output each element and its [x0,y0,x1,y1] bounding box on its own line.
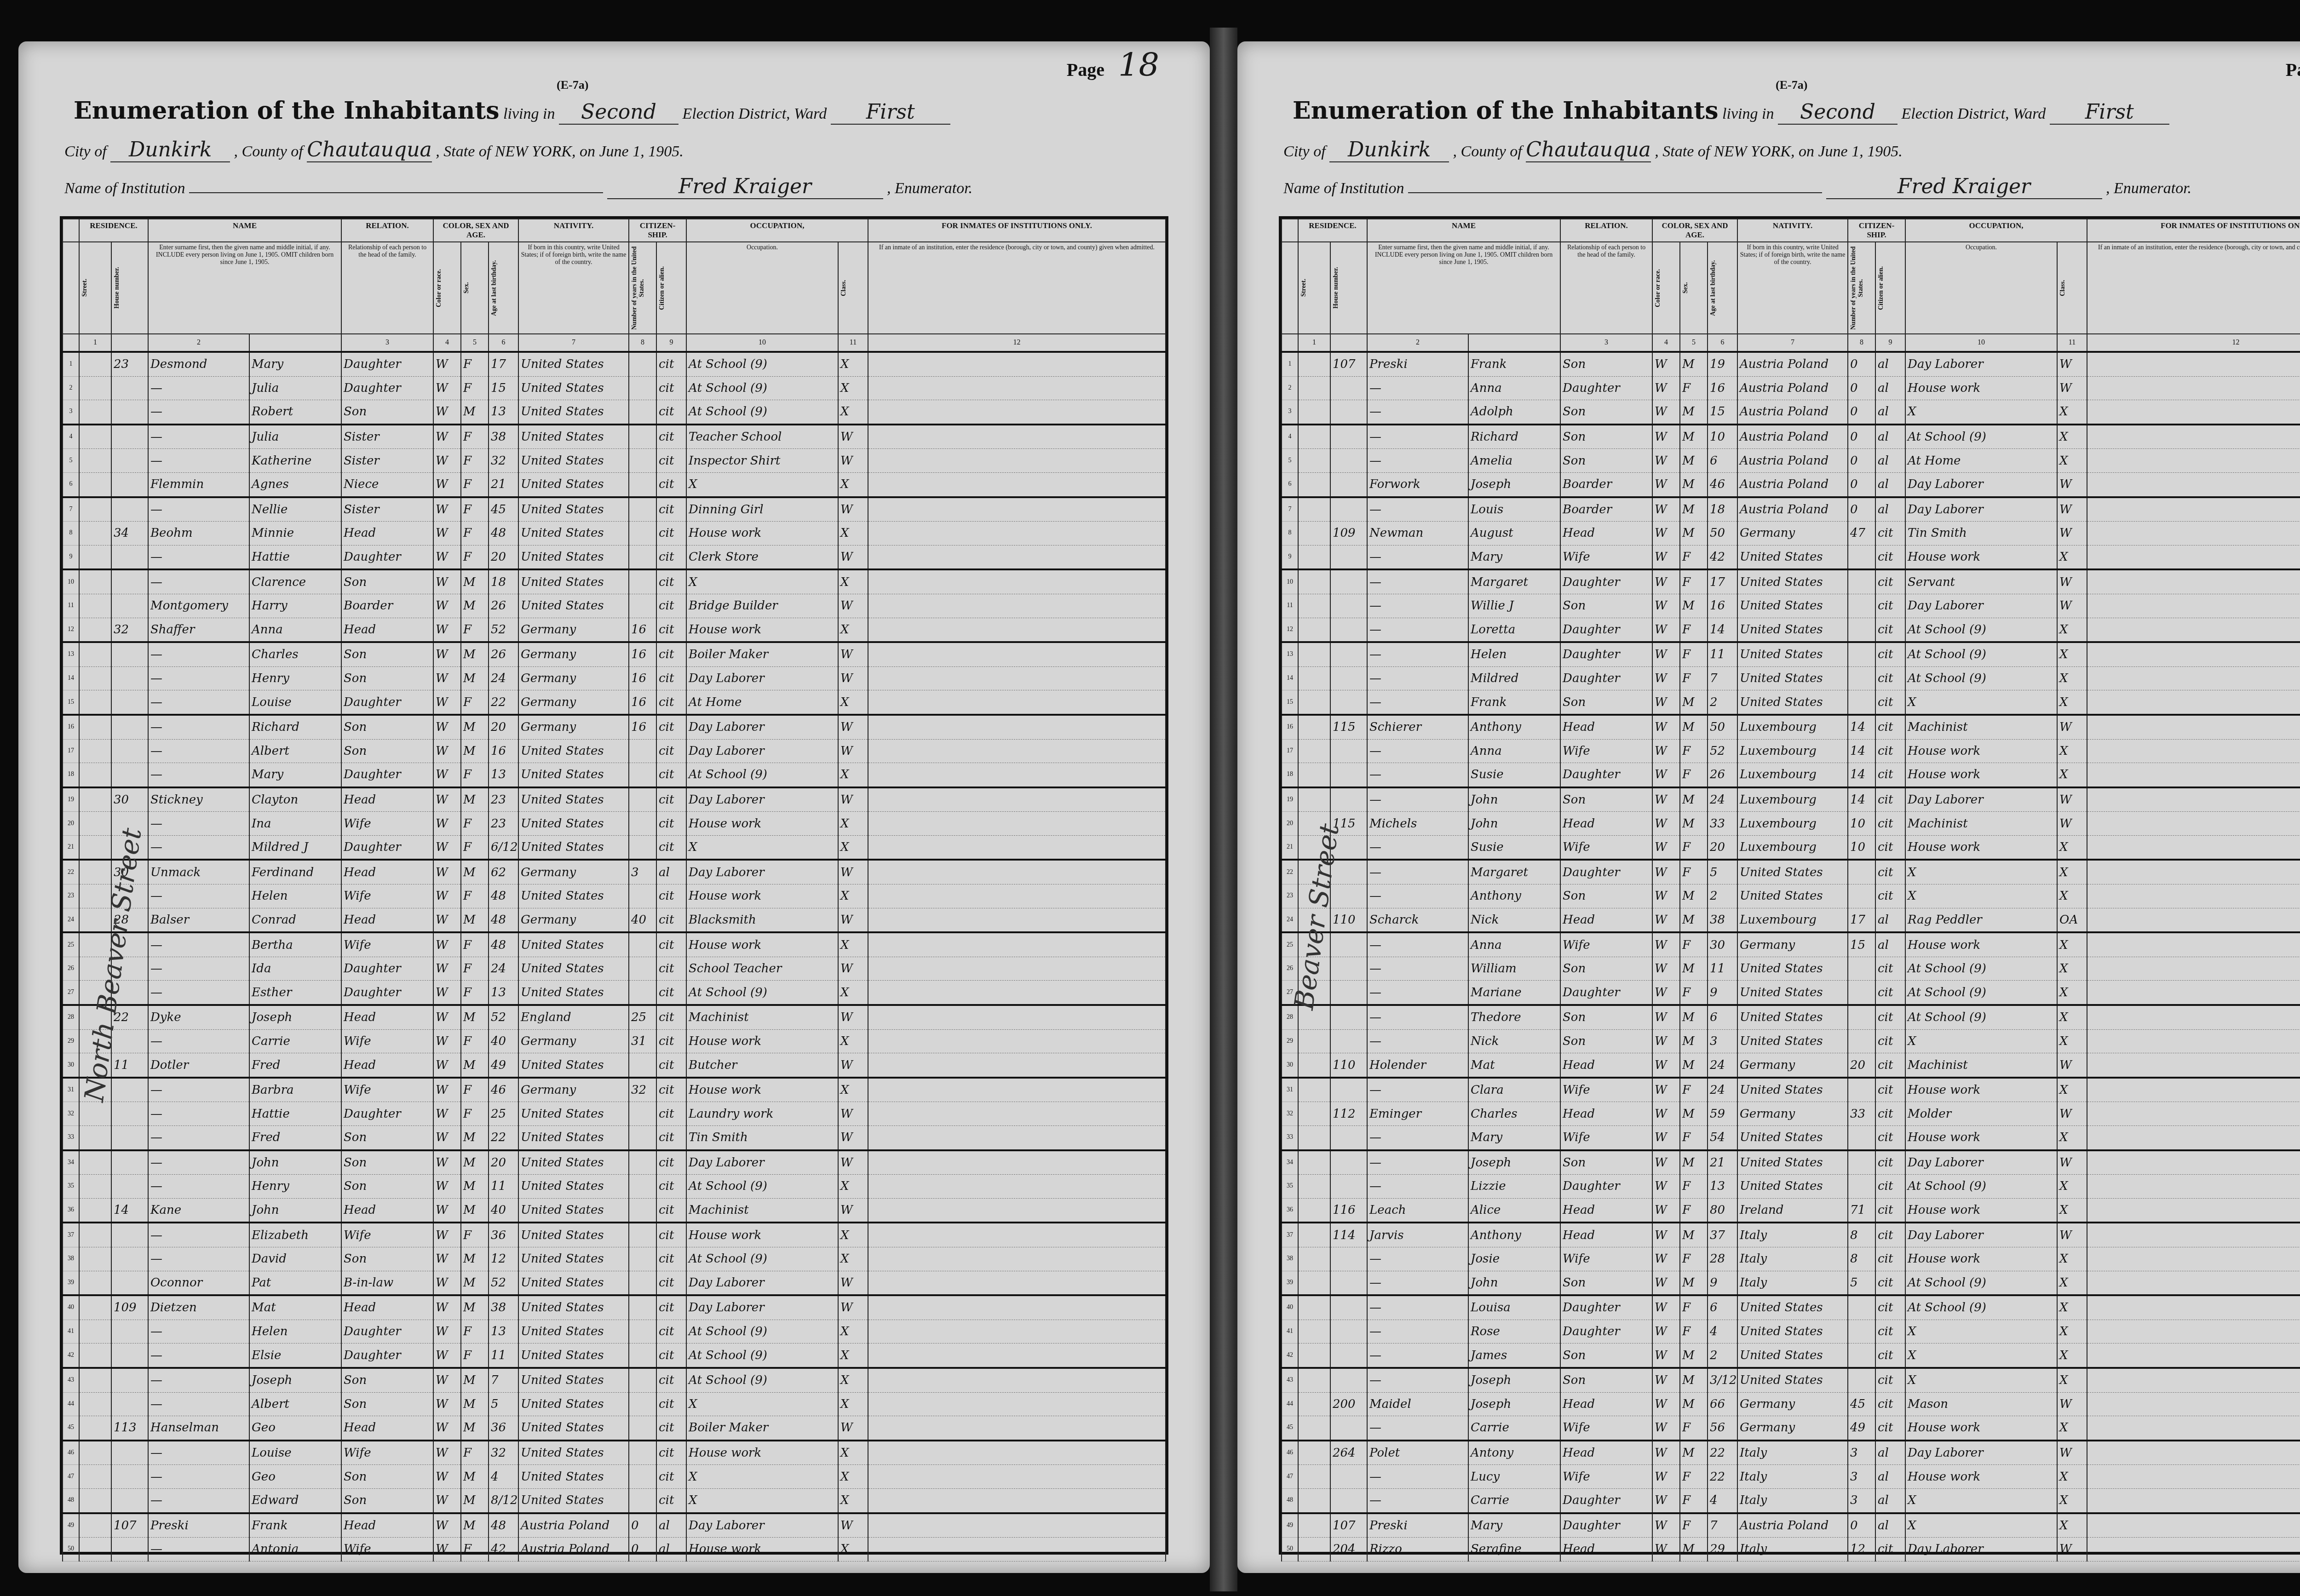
column-number: 3 [341,334,433,352]
sex-cell: F [461,425,489,449]
age-cell: 38 [1708,908,1737,932]
years-in-us-cell [629,545,656,569]
surname-cell: Preski [148,1513,249,1538]
nativity-cell: Germany [518,908,629,932]
relation-cell: Daughter [341,376,433,400]
house-number-cell [1330,690,1367,715]
age-cell: 9 [1708,981,1737,1005]
years-in-us-cell [1848,1029,1875,1053]
nativity-cell: United States [1737,545,1848,569]
class-header: Class. [838,242,868,334]
class-cell: X [2057,1488,2087,1513]
color-cell: W [433,1320,461,1343]
surname-cell: — [1367,400,1468,425]
column-number: 6 [489,334,518,352]
nativity-cell: United States [518,1175,629,1199]
institution-residence-cell [868,1053,1166,1078]
class-cell: W [2057,1392,2087,1416]
citizen-alien-cell: cit [1875,763,1905,787]
page-title: Enumeration of the Inhabitants living in… [74,97,1159,125]
class-cell: X [2057,1465,2087,1489]
surname-cell: Oconnor [148,1271,249,1295]
color-cell: W [433,472,461,497]
given-name-cell: Susie [1468,835,1560,860]
surname-cell: Newman [1367,522,1468,545]
citizen-alien-cell: cit [656,1271,686,1295]
age-cell: 21 [489,472,518,497]
nativity-cell: Germany [1737,932,1848,957]
citizen-alien-cell: cit [1875,787,1905,812]
name-header: NAME [148,219,341,242]
nativity-cell: Germany [1737,1392,1848,1416]
given-name-cell: Robert [249,400,341,425]
line-number: 39 [63,1271,79,1295]
nativity-cell: United States [518,957,629,981]
occupation-cell: At School (9) [1905,666,2057,690]
institution-residence-cell [2087,497,2300,522]
table-row: 9—MaryWifeWF42United StatescitHouse work… [1282,545,2300,569]
sex-cell: F [461,1078,489,1102]
occupation-cell: At School (9) [686,352,838,376]
nativity-cell: United States [1737,1150,1848,1175]
years-in-us-cell [1848,666,1875,690]
given-name-cell: John [1468,787,1560,812]
relation-cell: Daughter [1560,1488,1652,1513]
relation-desc: Relationship of each person to the head … [341,242,433,334]
table-row: 10—ClarenceSonWM18United StatescitXX [63,569,1166,594]
street-cell [1298,1126,1330,1150]
color-cell: W [433,1150,461,1175]
nativity-cell: United States [518,425,629,449]
inmates-header: FOR INMATES OF INSTITUTIONS ONLY. [2087,219,2300,242]
relation-cell: Head [341,1295,433,1320]
given-name-cell: Katherine [249,449,341,473]
table-row: 46—LouiseWifeWF32United StatescitHouse w… [63,1441,1166,1465]
table-row: 10—MargaretDaughterWF17United StatescitS… [1282,569,2300,594]
nativity-cell: Luxembourg [1737,787,1848,812]
institution-residence-cell [868,425,1166,449]
years-in-us-cell: 15 [1848,932,1875,957]
sex-cell: F [461,376,489,400]
relation-cell: Son [1560,1150,1652,1175]
line-number: 49 [1282,1513,1298,1538]
column-number: 11 [2057,334,2087,352]
nativity-cell: United States [518,812,629,836]
street-cell [1298,400,1330,425]
class-cell: X [2057,449,2087,473]
sex-cell: M [461,715,489,739]
age-cell: 13 [489,400,518,425]
relation-header: RELATION. [1560,219,1652,242]
institution-residence-cell [2087,884,2300,908]
street-cell [1298,1198,1330,1223]
citizen-alien-cell: cit [1875,1053,1905,1078]
citizen-alien-cell: cit [656,1343,686,1368]
given-name-cell: Anna [249,618,341,642]
given-name-cell: Pat [249,1271,341,1295]
years-in-us-cell [1848,1005,1875,1029]
table-row: 7—NellieSisterWF45United StatescitDinnin… [63,497,1166,522]
age-cell: 66 [1708,1392,1737,1416]
class-cell: W [2057,352,2087,376]
occupation-cell: House work [1905,1247,2057,1271]
given-name-cell: Josie [1468,1247,1560,1271]
years-in-us-cell: 3 [1848,1488,1875,1513]
occupation-cell: Tin Smith [686,1126,838,1150]
surname-cell: Beohm [148,522,249,545]
column-number: 6 [1708,334,1737,352]
years-in-us-cell: 3 [1848,1465,1875,1489]
house-number-cell [111,1150,148,1175]
given-name-cell: Lucy [1468,1465,1560,1489]
house-number-cell [111,739,148,763]
line-number: 27 [63,981,79,1005]
relation-cell: Daughter [1560,1175,1652,1199]
house-number-cell [111,1247,148,1271]
occupation-cell: X [1905,1320,2057,1343]
surname-cell: — [1367,763,1468,787]
column-number: 9 [656,334,686,352]
line-number: 47 [1282,1465,1298,1489]
table-row: 50204RizzoSerafineHeadWM29Italy12citDay … [1282,1538,2300,1562]
table-row: 12—LorettaDaughterWF14United StatescitAt… [1282,618,2300,642]
line-number: 6 [1282,472,1298,497]
occupation-cell: House work [686,1441,838,1465]
surname-cell: — [1367,1465,1468,1489]
house-number-cell [111,715,148,739]
given-name-cell: Agnes [249,472,341,497]
class-cell: X [2057,763,2087,787]
color-cell: W [433,1488,461,1513]
house-number-cell [1330,400,1367,425]
occupation-cell: School Teacher [686,957,838,981]
years-in-us-cell: 14 [1848,787,1875,812]
relation-cell: Wife [1560,1078,1652,1102]
street-cell [79,763,111,787]
years-in-us-cell: 10 [1848,835,1875,860]
house-number-cell [111,376,148,400]
district-field: Second [559,100,678,125]
sex-cell: F [461,545,489,569]
house-number-cell [111,763,148,787]
surname-cell: — [1367,1126,1468,1150]
house-number-cell [1330,1488,1367,1513]
citizenship-header: CITIZEN-SHIP. [1848,219,1905,242]
years-in-us-cell: 40 [629,908,656,932]
given-name-cell: Loretta [1468,618,1560,642]
given-name-cell: Henry [249,666,341,690]
table-row: 46264PoletAntonyHeadWM22Italy3alDay Labo… [1282,1441,2300,1465]
sex-cell: F [461,1343,489,1368]
occupation-cell: Machinist [1905,812,2057,836]
column-number: 9 [1875,334,1905,352]
house-number-cell: 109 [1330,522,1367,545]
nativity-cell: United States [1737,1078,1848,1102]
years-in-us-cell: 71 [1848,1198,1875,1223]
citizen-alien-cell: cit [1875,1029,1905,1053]
class-cell: X [2057,1416,2087,1441]
line-number: 20 [1282,812,1298,836]
citizen-alien-cell: cit [656,1368,686,1392]
years-in-us-cell [629,932,656,957]
institution-residence-cell [2087,449,2300,473]
years-in-us-cell: 0 [1848,1513,1875,1538]
years-in-us-cell [629,787,656,812]
institution-residence-cell [2087,1053,2300,1078]
years-in-us-cell [629,1247,656,1271]
relation-cell: Son [1560,425,1652,449]
house-number-cell [1330,569,1367,594]
nativity-cell: United States [1737,981,1848,1005]
color-cell: W [1652,545,1680,569]
line-number: 31 [1282,1078,1298,1102]
years-in-us-cell [629,352,656,376]
color-cell: W [1652,1005,1680,1029]
years-in-us-cell [629,1102,656,1126]
name-instructions: Enter surname first, then the given name… [148,242,341,334]
occupation-cell: X [686,472,838,497]
house-number-cell: 107 [1330,1513,1367,1538]
age-cell: 5 [489,1392,518,1416]
occupation-cell: X [686,1392,838,1416]
sex-cell: F [1680,1295,1708,1320]
street-cell [1298,1416,1330,1441]
column-number: 5 [1680,334,1708,352]
nativity-cell: United States [518,1223,629,1247]
citizen-alien-cell: cit [656,981,686,1005]
citizen-alien-cell: cit [1875,1150,1905,1175]
sex-cell: F [1680,1078,1708,1102]
citizen-alien-cell: cit [1875,1078,1905,1102]
citizen-alien-cell: cit [1875,1416,1905,1441]
sex-cell: F [1680,860,1708,884]
age-cell: 23 [489,812,518,836]
nativity-cell: Germany [518,666,629,690]
sex-cell: M [461,1126,489,1150]
relation-cell: Son [1560,1343,1652,1368]
street-cell [1298,1102,1330,1126]
relation-cell: Daughter [341,352,433,376]
surname-cell: — [1367,1029,1468,1053]
table-row: 16—RichardSonWM20Germany16citDay Laborer… [63,715,1166,739]
years-us-header: Number of years in the United States. [1848,242,1875,334]
line-number: 23 [63,884,79,908]
street-cell [79,545,111,569]
surname-cell: Polet [1367,1441,1468,1465]
occupation-cell: Machinist [686,1005,838,1029]
given-name-cell: Serafine [1468,1538,1560,1562]
surname-cell: Schierer [1367,715,1468,739]
occupation-cell: At Home [1905,449,2057,473]
nativity-cell: Germany [518,860,629,884]
age-cell: 2 [1708,1343,1737,1368]
relation-cell: Head [341,1513,433,1538]
citizen-alien-cell: cit [656,1078,686,1102]
relation-cell: Wife [1560,1247,1652,1271]
table-row: 4—RichardSonWM10Austria Poland0alAt Scho… [1282,425,2300,449]
surname-cell: Preski [1367,352,1468,376]
street-cell [79,594,111,618]
relation-cell: Son [341,1368,433,1392]
table-row: 41—HelenDaughterWF13United StatescitAt S… [63,1320,1166,1343]
sex-cell: F [461,1441,489,1465]
color-cell: W [1652,1465,1680,1489]
street-cell [1298,1271,1330,1295]
sex-cell: M [461,569,489,594]
house-number-cell [1330,618,1367,642]
citizen-alien-cell: cit [1875,1343,1905,1368]
relation-cell: Head [341,787,433,812]
age-cell: 50 [1708,715,1737,739]
years-in-us-cell: 0 [1848,352,1875,376]
citizen-alien-cell: cit [1875,1102,1905,1126]
surname-cell: — [148,1441,249,1465]
line-number: 39 [1282,1271,1298,1295]
surname-cell: — [148,812,249,836]
table-row: 26—IdaDaughterWF24United StatescitSchool… [63,957,1166,981]
surname-cell: — [148,1029,249,1053]
surname-cell: — [1367,884,1468,908]
institution-residence-cell [868,472,1166,497]
relation-cell: Daughter [1560,642,1652,666]
sex-header: Sex. [1680,242,1708,334]
color-cell: W [433,1029,461,1053]
color-cell: W [1652,1223,1680,1247]
line-number: 37 [1282,1223,1298,1247]
relation-cell: Daughter [341,981,433,1005]
nativity-cell: United States [518,594,629,618]
street-cell [79,860,111,884]
sex-cell: M [1680,1150,1708,1175]
age-cell: 4 [1708,1488,1737,1513]
nativity-cell: United States [1737,569,1848,594]
occupation-cell: House work [1905,1465,2057,1489]
house-number-cell [1330,1247,1367,1271]
occupation-cell: Day Laborer [1905,352,2057,376]
nativity-cell: United States [518,1320,629,1343]
sex-cell: M [461,1392,489,1416]
class-cell: W [838,642,868,666]
given-name-cell: Mary [249,352,341,376]
occupation-cell: At School (9) [686,1343,838,1368]
color-cell: W [433,569,461,594]
table-row: 2822DykeJosephHeadWM52England25citMachin… [63,1005,1166,1029]
institution-residence-cell [868,1441,1166,1465]
line-number: 2 [1282,376,1298,400]
given-name-cell: Julia [249,425,341,449]
relation-desc: Relationship of each person to the head … [1560,242,1652,334]
age-cell: 14 [1708,618,1737,642]
table-row: 11—Willie JSonWM16United StatescitDay La… [1282,594,2300,618]
years-in-us-cell [629,884,656,908]
table-row: 14—HenrySonWM24Germany16citDay LaborerW [63,666,1166,690]
occupation-cell: House work [1905,545,2057,569]
citizen-alien-cell: cit [656,1005,686,1029]
house-number-cell [1330,425,1367,449]
sex-cell: M [461,400,489,425]
color-cell: W [433,1053,461,1078]
surname-cell: — [148,1488,249,1513]
table-row: 43—JosephSonWM3/12United StatescitXX [1282,1368,2300,1392]
occupation-cell: Boiler Maker [686,642,838,666]
citizen-alien-cell: cit [1875,884,1905,908]
sex-cell: F [461,1320,489,1343]
house-number-cell [111,449,148,473]
house-number-cell [1330,763,1367,787]
age-cell: 38 [489,425,518,449]
class-cell: X [2057,981,2087,1005]
occupation-cell: X [1905,690,2057,715]
house-number-cell [1330,1416,1367,1441]
citizen-alien-cell: cit [656,1320,686,1343]
sex-cell: F [461,497,489,522]
occupation-cell: X [1905,400,2057,425]
color-cell: W [1652,522,1680,545]
given-name-cell: Margaret [1468,569,1560,594]
color-cell: W [1652,981,1680,1005]
citizen-alien-cell: al [1875,449,1905,473]
class-cell: X [838,1392,868,1416]
institution-residence-cell [2087,1005,2300,1029]
color-cell: W [1652,1320,1680,1343]
age-cell: 11 [489,1343,518,1368]
nativity-cell: United States [1737,1005,1848,1029]
given-name-cell: Louise [249,1441,341,1465]
color-cell: W [1652,1441,1680,1465]
given-name-cell: Helen [249,1320,341,1343]
color-cell: W [1652,860,1680,884]
age-cell: 24 [489,957,518,981]
age-cell: 11 [1708,957,1737,981]
class-cell: X [2057,1029,2087,1053]
citizen-alien-cell: al [1875,908,1905,932]
relation-cell: Son [1560,1271,1652,1295]
house-number-cell [111,472,148,497]
enumerator-field: Fred Kraiger [607,175,883,199]
table-row: 48—CarrieDaughterWF4Italy3alXX [1282,1488,2300,1513]
occupation-cell: Teacher School [686,425,838,449]
institution-residence-cell [2087,763,2300,787]
class-cell: X [2057,1005,2087,1029]
years-in-us-cell [629,522,656,545]
given-name-cell: Lizzie [1468,1175,1560,1199]
institution-residence-cell [2087,400,2300,425]
table-row: 42—ElsieDaughterWF11United StatescitAt S… [63,1343,1166,1368]
surname-cell: Shaffer [148,618,249,642]
line-number: 33 [63,1126,79,1150]
table-row: 45113HanselmanGeoHeadWM36United Statesci… [63,1416,1166,1441]
age-cell: 24 [1708,1078,1737,1102]
line-number: 48 [63,1488,79,1513]
house-number-cell [111,1223,148,1247]
nativity-cell: United States [1737,666,1848,690]
institution-residence-cell [868,1368,1166,1392]
institution-residence-cell [868,594,1166,618]
nativity-cell: United States [1737,1368,1848,1392]
color-cell: W [433,352,461,376]
street-cell [1298,352,1330,376]
years-in-us-cell [1848,957,1875,981]
column-number: 12 [2087,334,2300,352]
occupation-cell: Mason [1905,1392,2057,1416]
line-number-header-sub [1282,242,1298,334]
table-row: 49107PreskiMaryDaughterWF7Austria Poland… [1282,1513,2300,1538]
nativity-cell: England [518,1005,629,1029]
occupation-cell: X [686,835,838,860]
nativity-cell: United States [518,787,629,812]
line-number: 7 [1282,497,1298,522]
class-cell: W [838,739,868,763]
